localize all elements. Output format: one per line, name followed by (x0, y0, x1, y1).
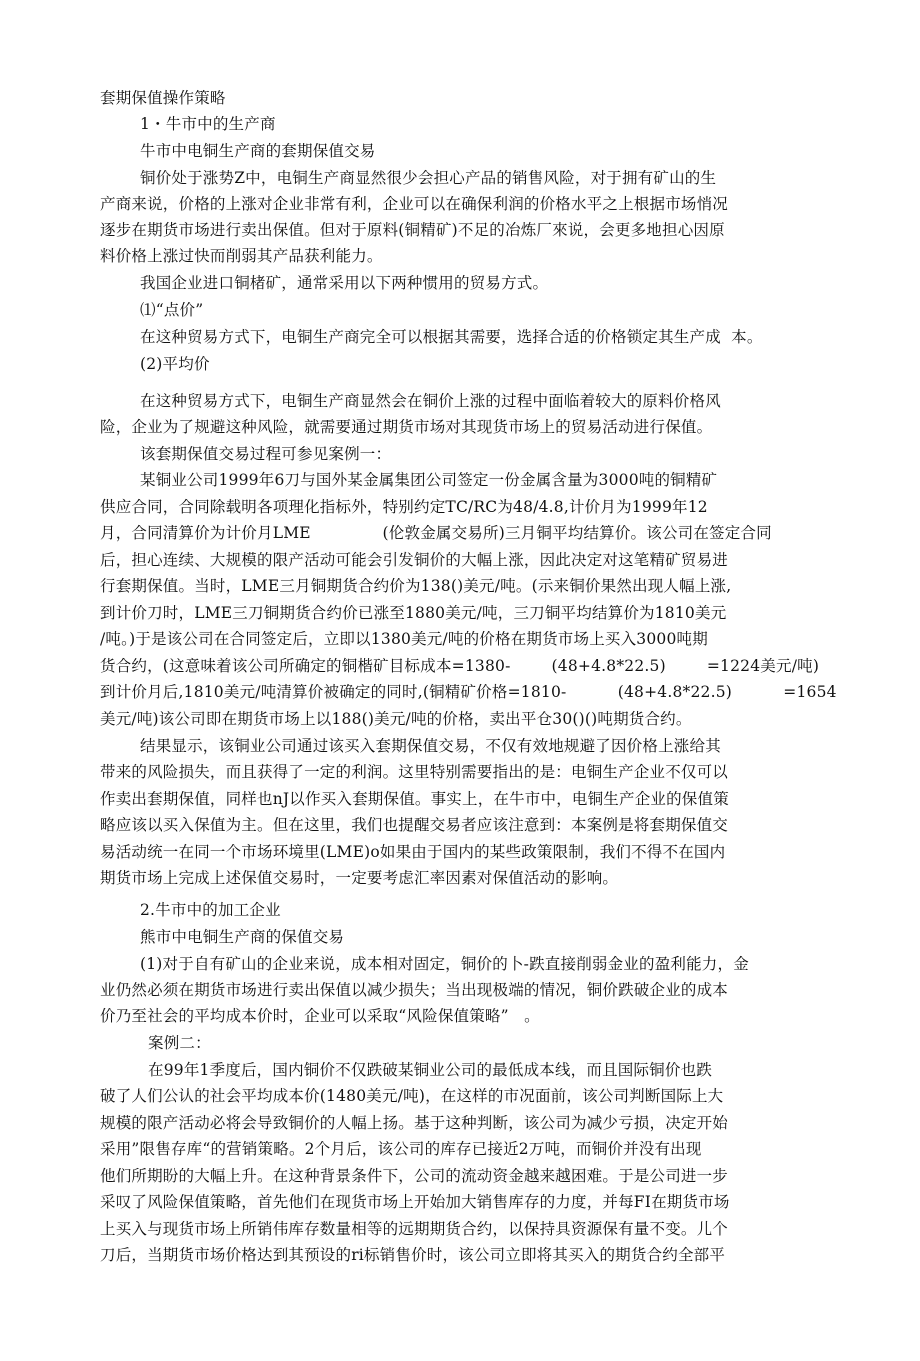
text-line: 采用”限售存库“的营销策略。2个月后，该公司的库存已接近2万吨，而铜价并没有出现 (100, 1139, 702, 1159)
text-line: 1・牛市中的生产商 (140, 114, 276, 134)
text-line: 刀后，当期货市场价格达到其预设的ri标销售价时，该公司立即将其买入的期货合约全部… (100, 1245, 725, 1265)
document-page: 套期保值操作策略1・牛市中的生产商牛市中电铜生产商的套期保值交易铜价处于涨势Z中… (0, 0, 920, 1361)
text-line: 货合约，(这意味着该公司所确定的铜楷矿目标成本=1380- (48+4.8*22… (100, 656, 819, 676)
text-line: 到计价月后,1810美元/吨清算价被确定的同时,(铜精矿价格=1810- (48… (100, 682, 837, 702)
text-line: 采叹了风险保值策略，首先他们在现货市场上开始加大销售库存的力度，并每FI在期货市… (100, 1192, 730, 1212)
text-line: ⑴“点价” (140, 300, 203, 320)
text-line: 到计价刀时，LME三刀铜期货合约价已涨至1880美元/吨，三刀铜平均结算价为18… (100, 603, 726, 623)
text-line: 后，担心连续、大规模的限产活动可能会引发铜价的大幅上涨，因此决定对这笔精矿贸易进 (100, 550, 728, 570)
text-line: 易活动统一在同一个市场环境里(LME)o如果由于国内的某些政策限制，我们不得不在… (100, 842, 725, 862)
text-line: 在这种贸易方式下，电铜生产商显然会在铜价上涨的过程中面临着较大的原料价格风 (140, 391, 721, 411)
text-line: 该套期保值交易过程可参见案例一： (140, 444, 391, 464)
text-line: 某铜业公司1999年6刀与国外某金属集团公司签定一份金属含量为3000吨的铜精矿 (140, 470, 717, 490)
text-line: (1)对于自有矿山的企业来说，成本相对固定，铜价的卜-跌直接削弱金业的盈利能力，… (140, 954, 749, 974)
text-line: 略应该以买入保值为主。但在这里，我们也提醒交易者应该注意到：本案例是将套期保值交 (100, 815, 728, 835)
text-line: 带来的风险损失，而且获得了一定的利润。这里特别需要指出的是：电铜生产企业不仅可以 (100, 762, 728, 782)
text-line: 期货市场上完成上述保值交易时，一定要考虑汇率因素对保值活动的影响。 (100, 868, 618, 888)
text-line: 料价格上涨过快而削弱其产品获利能力。 (100, 246, 383, 266)
text-line: 结果显示，该铜业公司通过该买入套期保值交易，不仅有效地规避了因价格上涨给其 (140, 736, 721, 756)
text-line: 产商来说，价格的上涨对企业非常有利，企业可以在确保利润的价格水平之上根据市场悄况 (100, 194, 728, 214)
text-line: 在99年1季度后，国内铜价不仅跌破某铜业公司的最低成本线，而且国际铜价也跌 (148, 1060, 712, 1080)
text-line: 作卖出套期保值，同样也nJ以作买入套期保值。事实上，在牛市中，电铜生产企业的保值… (100, 789, 729, 809)
text-line: /吨。)于是该公司在合同签定后，立即以1380美元/吨的价格在期货市场上买入30… (100, 629, 708, 649)
text-line: 价乃至社会的平均成本价时，企业可以采取“风险保值策略” 。 (100, 1006, 540, 1026)
text-line: 案例二： (148, 1033, 211, 1053)
text-line: 险，企业为了规避这种风险，就需要通过期货市场对其现货市场上的贸易活动进行保值。 (100, 417, 712, 437)
text-line: 2.牛市中的加工企业 (140, 900, 281, 920)
text-line: 规模的限产活动必将会导致铜价的人幅上扬。基于这种判断，该公司为减少亏损，决定开始 (100, 1113, 728, 1133)
text-line: 他们所期盼的大幅上升。在这种背景条件下，公司的流动资金越来越困难。于是公司进一步 (100, 1166, 728, 1186)
text-line: 在这种贸易方式下，电铜生产商完全可以根据其需要，选择合适的价格锁定其生产成 本。 (140, 327, 763, 347)
text-line: 牛市中电铜生产商的套期保值交易 (140, 141, 376, 161)
text-line: 美元/吨)该公司即在期货市场上以188()美元/吨的价格，卖出平仓30()()吨… (100, 709, 692, 729)
text-line: 供应合同，合同除载明各项理化指标外，特别约定TC/RC为48/4.8,计价月为1… (100, 497, 708, 517)
text-line: 熊市中电铜生产商的保值交易 (140, 927, 344, 947)
text-line: 上买入与现货市场上所销伟库存数量相等的远期期货合约，以保持具资源保有量不变。儿个 (100, 1219, 728, 1239)
text-line: 逐步在期货市场进行卖出保值。但对于原料(铜精矿)不足的冶炼厂來说，会更多地担心因… (100, 220, 725, 240)
text-line: 我国企业进口铜楮矿，通常采用以下两种惯用的贸易方式。 (140, 273, 548, 293)
text-line: 行套期保值。当时，LME三月铜期货合约价为138()美元/吨。(示来铜价果然出现… (100, 576, 731, 596)
document-title: 套期保值操作策略 (100, 88, 226, 108)
text-line: 业仍然必须在期货市场进行卖出保值以减少损失；当出现极端的情况，铜价跌破企业的成本 (100, 980, 728, 1000)
text-line: 破了人们公认的社会平均成本价(1480美元/吨)，在这样的市况面前，该公司判断国… (100, 1086, 723, 1106)
text-line: 月，合同清算价为计价月LME (伦敦金属交易所)三月铜平均结算价。该公司在签定合… (100, 523, 772, 543)
text-line: (2)平均价 (140, 354, 210, 374)
text-line: 铜价处于涨势Z中，电铜生产商显然很少会担心产品的销售风险，对于拥有矿山的生 (140, 168, 716, 188)
